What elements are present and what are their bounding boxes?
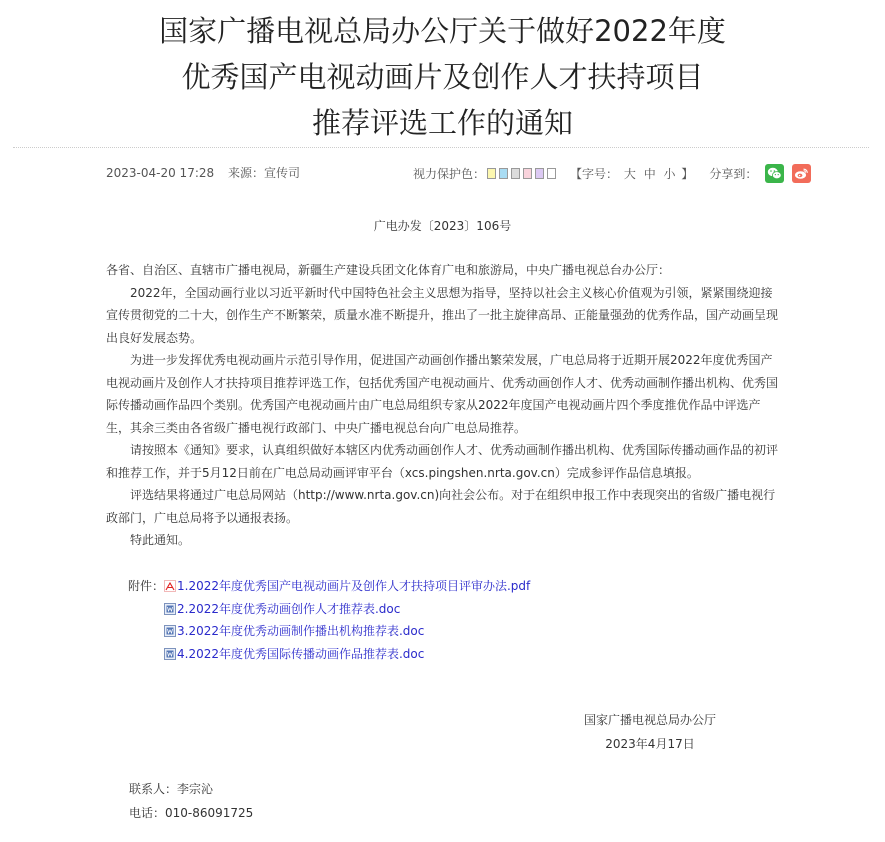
paragraph-2: 为进一步发挥优秀电视动画片示范引导作用，促进国产动画创作播出繁荣发展，广电总局将… [106,349,778,439]
title-line-2: 优秀国产电视动画片及创作人才扶持项目 [0,54,885,100]
publish-datetime: 2023-04-20 17:28 [106,166,214,180]
closing-line: 特此通知。 [106,529,778,552]
word-doc-icon [164,603,176,615]
swatch-purple[interactable] [535,168,544,179]
attachment-link-4[interactable]: 4.2022年度优秀国际传播动画作品推荐表.doc [177,643,424,666]
title-divider [13,147,869,148]
attachment-link-3[interactable]: 3.2022年度优秀动画制作播出机构推荐表.doc [177,620,424,643]
swatch-pink[interactable] [523,168,532,179]
addressee: 各省、自治区、直辖市广播电视局，新疆生产建设兵团文化体育广电和旅游局，中央广播电… [106,259,778,282]
article-page: 国家广播电视总局办公厅关于做好2022年度 优秀国产电视动画片及创作人才扶持项目… [0,0,885,842]
contact-block: 联系人：李宗沁 电话：010-86091725 [129,777,253,825]
attachments-label: 附件： [128,575,164,598]
swatch-gray[interactable] [511,168,520,179]
article-title: 国家广播电视总局办公厅关于做好2022年度 优秀国产电视动画片及创作人才扶持项目… [0,8,885,146]
paragraph-1: 2022年，全国动画行业以习近平新时代中国特色社会主义思想为指导，坚持以社会主义… [106,282,778,350]
paragraph-3: 请按照本《通知》要求，认真组织做好本辖区内优秀动画创作人才、优秀动画制作播出机构… [106,439,778,484]
document-number: 广电办发〔2023〕106号 [0,217,885,234]
paragraph-4: 评选结果将通过广电总局网站（http://www.nrta.gov.cn)向社会… [106,484,778,529]
article-meta-bar: 2023-04-20 17:28 来源：宣传司 视力保护色： 【字号： 大 中 … [0,163,885,183]
title-line-3: 推荐评选工作的通知 [0,100,885,146]
wechat-icon [767,167,782,180]
font-size-open: 【字号： [570,167,618,181]
share-weibo-button[interactable] [792,164,811,183]
font-size-control: 【字号： 大 中 小 】 [570,165,693,183]
share-wechat-button[interactable] [765,164,784,183]
weibo-icon [794,167,809,180]
attachment-item: 1.2022年度优秀国产电视动画片及创作人才扶持项目评审办法.pdf [164,575,530,598]
signature-block: 国家广播电视总局办公厅 2023年4月17日 [560,708,740,756]
eye-care-label: 视力保护色： [413,165,485,183]
contact-person: 联系人：李宗沁 [129,777,253,801]
attachment-item: 4.2022年度优秀国际传播动画作品推荐表.doc [164,643,530,666]
title-line-1: 国家广播电视总局办公厅关于做好2022年度 [0,8,885,54]
attachment-item: 3.2022年度优秀动画制作播出机构推荐表.doc [164,620,530,643]
contact-phone: 电话：010-86091725 [129,801,253,825]
issue-date: 2023年4月17日 [560,732,740,756]
font-size-close: 】 [681,167,693,181]
attachment-link-2[interactable]: 2.2022年度优秀动画创作人才推荐表.doc [177,598,400,621]
attachments-list: 1.2022年度优秀国产电视动画片及创作人才扶持项目评审办法.pdf 2.202… [164,575,530,665]
meta-tools: 视力保护色： 【字号： 大 中 小 】 分享到： [413,164,819,183]
swatch-yellow[interactable] [487,168,496,179]
meta-info: 2023-04-20 17:28 来源：宣传司 [106,164,300,182]
article-source: 来源：宣传司 [228,166,300,180]
font-size-medium[interactable]: 中 [644,167,656,181]
document-body: 各省、自治区、直辖市广播电视局，新疆生产建设兵团文化体育广电和旅游局，中央广播电… [106,259,778,552]
font-size-large[interactable]: 大 [624,167,636,181]
share-label: 分享到： [709,165,757,183]
word-doc-icon [164,625,176,637]
attachment-item: 2.2022年度优秀动画创作人才推荐表.doc [164,598,530,621]
eye-care-swatches [487,168,556,179]
swatch-white[interactable] [547,168,556,179]
word-doc-icon [164,648,176,660]
issuing-office: 国家广播电视总局办公厅 [560,708,740,732]
attachment-link-1[interactable]: 1.2022年度优秀国产电视动画片及创作人才扶持项目评审办法.pdf [177,575,530,598]
swatch-blue[interactable] [499,168,508,179]
font-size-small[interactable]: 小 [664,167,676,181]
pdf-file-icon [164,580,176,592]
